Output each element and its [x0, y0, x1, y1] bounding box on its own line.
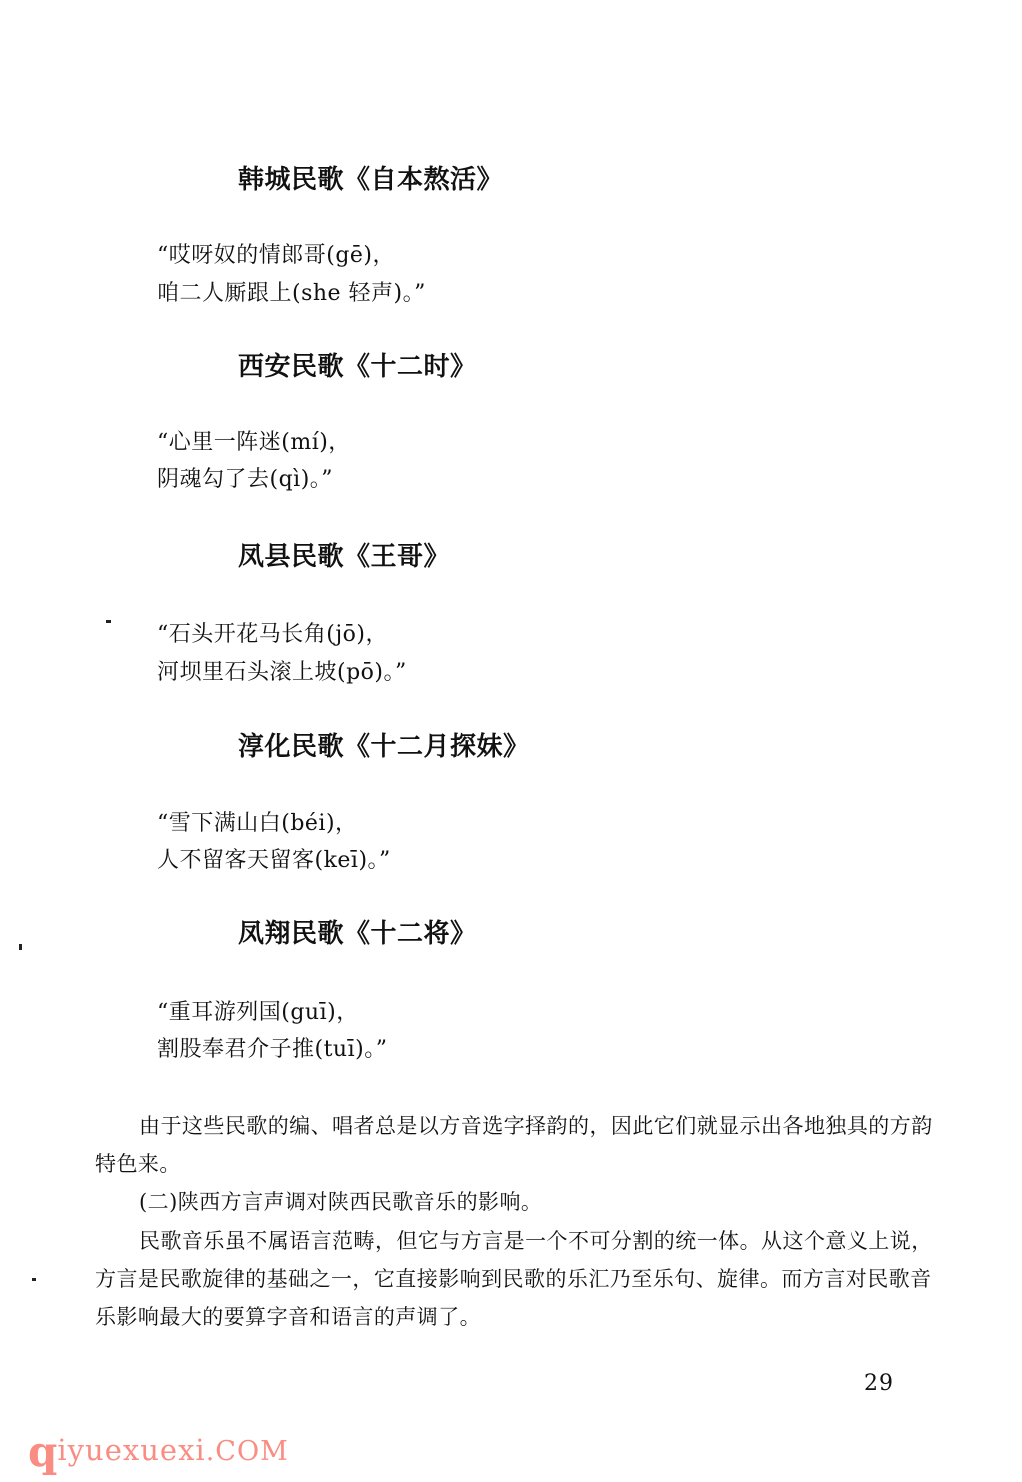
body-text-line: 特色来。 [95, 1152, 181, 1177]
scan-speck [106, 620, 111, 623]
verse-line: “雪下满山白(béi)， [157, 811, 358, 836]
verse-line: 割股奉君介子推(tuī)。” [157, 1037, 387, 1062]
verse-line: “哎呀奴的情郎哥(gē)， [157, 243, 395, 268]
song-heading-fengxiang: 凤翔民歌《十二将》 [238, 920, 477, 949]
verse-line: 阴魂勾了去(qì)。” [157, 467, 333, 492]
page-number: 29 [864, 1371, 894, 1396]
body-text-line: 民歌音乐虽不属语言范畴，但它与方言是一个不可分割的统一体。从这个意义上说， [139, 1229, 933, 1254]
scanned-book-page: 韩城民歌《自本熬活》 “哎呀奴的情郎哥(gē)， 咱二人厮跟上(she 轻声)。… [0, 0, 1022, 1482]
body-text-line: 方言是民歌旋律的基础之一，它直接影响到民歌的乐汇乃至乐句、旋律。而方言对民歌音 [95, 1267, 932, 1292]
site-watermark: qiyuexuexi.COM [28, 1431, 289, 1473]
verse-line: “重耳游列国(guī)， [157, 1000, 359, 1025]
verse-line: 河坝里石头滚上坡(pō)。” [157, 660, 407, 685]
verse-line: 人不留客天留客(keī)。” [157, 848, 391, 873]
song-heading-fengxian: 凤县民歌《王哥》 [238, 543, 450, 572]
verse-line: “心里一阵迷(mí)， [157, 430, 351, 455]
song-heading-xian: 西安民歌《十二时》 [238, 353, 477, 382]
body-text-line: 乐影响最大的要算字音和语言的声调了。 [95, 1305, 481, 1330]
scan-speck [19, 944, 22, 950]
song-heading-chunhua: 淳化民歌《十二月探妹》 [238, 733, 530, 762]
verse-line: 咱二人厮跟上(she 轻声)。” [157, 281, 426, 306]
watermark-text: iyuexuexi [57, 1433, 205, 1467]
watermark-bold-letter: q [28, 1427, 57, 1476]
body-text-line: 由于这些民歌的编、唱者总是以方音选字择韵的，因此它们就显示出各地独具的方韵 [139, 1114, 933, 1139]
song-heading-hancheng: 韩城民歌《自本熬活》 [238, 166, 503, 195]
verse-line: “石头开花马长角(jō)， [157, 622, 388, 647]
body-text-line: (二)陕西方言声调对陕西民歌音乐的影响。 [139, 1190, 542, 1215]
scan-speck [32, 1278, 36, 1281]
watermark-tld: .COM [206, 1436, 289, 1467]
